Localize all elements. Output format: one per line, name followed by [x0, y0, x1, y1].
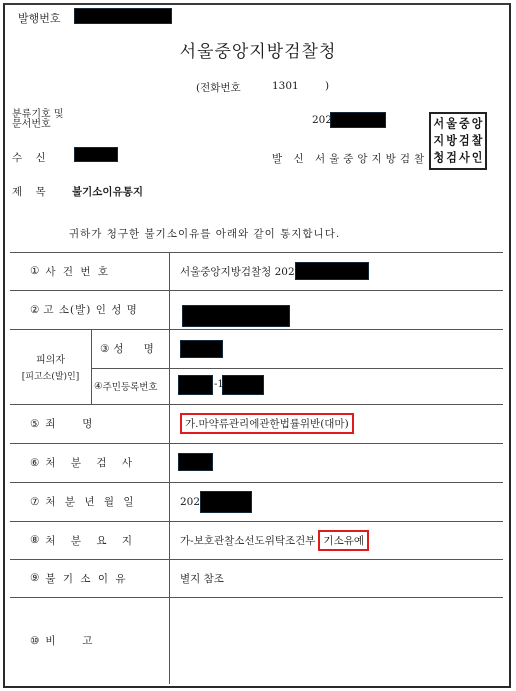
seal-char: 검	[459, 132, 471, 150]
seal-char: 서	[433, 115, 445, 133]
suspect-name-label: ③성 명	[100, 329, 162, 368]
disposition-date-prefix: 202	[180, 496, 200, 508]
redacted-recipient	[74, 147, 118, 162]
subject-label: 제 목	[12, 184, 46, 199]
seal-char: 사	[459, 149, 471, 167]
complainant-name-label: ②고 소(발) 인 성 명	[30, 290, 160, 329]
disposition-summary-text: 가-보호관찰소선도위탁조건부	[180, 533, 315, 548]
prosecutor-label: ⑥처 분 검 사	[30, 443, 160, 482]
classification-label: 분류기호 및 문서번호	[12, 110, 63, 130]
non-prosecution-reason-value: 별지 참조	[180, 559, 224, 597]
redacted-disposition-date	[200, 491, 252, 513]
redacted-case-number	[295, 262, 369, 280]
remarks-label: ⑩비 고	[30, 597, 160, 684]
redacted-date	[330, 112, 386, 128]
charge-highlight: 가.마약류관리에관한법률위반(대마)	[180, 413, 354, 434]
seal-char: 앙	[471, 115, 483, 133]
seal-char: 중	[459, 115, 471, 133]
seal-char: 울	[446, 115, 458, 133]
case-number-prefix: 서울중앙지방검찰청 202	[180, 264, 295, 279]
disposition-date-label: ⑦처 분 년 월 일	[30, 482, 160, 521]
charge-label: ⑤죄 명	[30, 404, 160, 443]
official-seal: 서 울 중 앙 지 방 검 찰 청 검 사 인	[429, 112, 487, 170]
agency-title: 서울중앙지방검찰청	[0, 37, 516, 62]
redacted-resident-number-back	[222, 375, 264, 395]
non-prosecution-reason-label: ⑨불 기 소 이 유	[30, 559, 160, 597]
redacted-suspect-name	[180, 340, 223, 358]
redacted-resident-number-front	[178, 375, 213, 395]
seal-char: 찰	[471, 132, 483, 150]
phone-label: (전화번호	[196, 80, 241, 95]
redacted-prosecutor	[178, 453, 213, 471]
case-number-label: ①사 건 번 호	[30, 252, 150, 290]
seal-char: 인	[471, 149, 483, 167]
phone-number: 1301	[272, 80, 299, 92]
phone-close: )	[325, 80, 329, 92]
disposition-summary-value: 가-보호관찰소선도위탁조건부 기소유예	[180, 521, 369, 559]
charge-value: 가.마약류관리에관한법률위반(대마)	[180, 404, 354, 443]
seal-char: 지	[433, 132, 445, 150]
redacted-issue-number	[74, 8, 172, 24]
seal-char: 방	[446, 132, 458, 150]
intro-text: 귀하가 청구한 불기소이유를 아래와 같이 통지합니다.	[69, 226, 340, 241]
recipient-label: 수 신	[12, 150, 46, 165]
classification-label-line2: 문서번호	[12, 120, 63, 130]
case-number-value: 서울중앙지방검찰청 202	[180, 252, 369, 290]
disposition-highlight: 기소유예	[318, 530, 369, 551]
seal-char: 청	[433, 149, 445, 167]
details-table: ①사 건 번 호 서울중앙지방검찰청 202 ②고 소(발) 인 성 명 피의자…	[10, 252, 503, 684]
subject: 불기소이유통지	[72, 184, 143, 199]
seal-char: 검	[446, 149, 458, 167]
resident-number-label: ④주민등록번호	[94, 368, 168, 404]
disposition-date-value: 202	[180, 482, 252, 521]
issue-number-label: 발행번호	[18, 10, 61, 26]
suspect-group-label: 피의자 [피고소(발)인]	[10, 329, 91, 404]
disposition-summary-label: ⑧처 분 요 지	[30, 521, 160, 559]
redacted-complainant-name	[182, 305, 290, 327]
